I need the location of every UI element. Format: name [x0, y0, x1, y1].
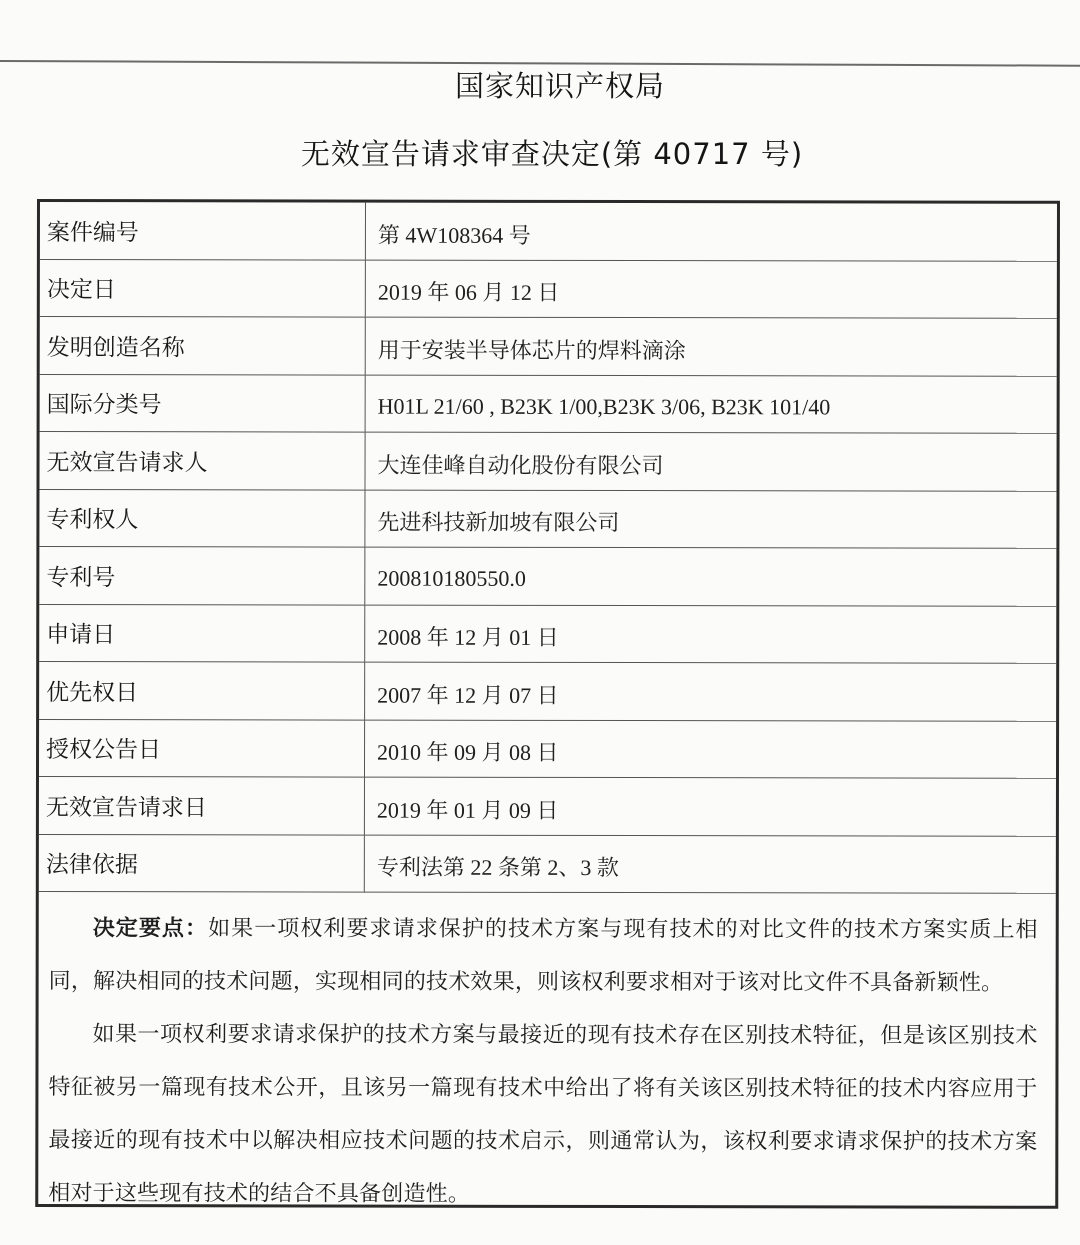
table-row-patent-number: 专利号 200810180550.0 — [39, 547, 1056, 606]
field-value: 大连佳峰自动化股份有限公司 — [365, 432, 1057, 491]
field-value: 2007 年 12 月 07 日 — [365, 662, 1057, 721]
field-value: 第 4W108364 号 — [365, 203, 1057, 261]
summary-paragraph-novelty: 决定要点：如果一项权利要求请求保护的技术方案与现有技术的对比文件的技术方案实质上… — [49, 902, 1038, 1010]
decision-form: 案件编号 第 4W108364 号 决定日 2019 年 06 月 12 日 发… — [35, 199, 1060, 1209]
table-row-legal-basis: 法律依据 专利法第 22 条第 2、3 款 — [39, 834, 1056, 893]
field-value: 专利法第 22 条第 2、3 款 — [364, 835, 1056, 894]
field-value: 200810180550.0 — [365, 547, 1057, 606]
field-value: 用于安装半导体芯片的焊料滴涂 — [365, 317, 1057, 376]
table-row-filing-date: 申请日 2008 年 12 月 01 日 — [39, 604, 1056, 663]
field-label: 法律依据 — [39, 834, 365, 892]
field-value: 先进科技新加坡有限公司 — [365, 490, 1057, 549]
summary-lead-label: 决定要点： — [93, 916, 208, 941]
table-row-request-date: 无效宣告请求日 2019 年 01 月 09 日 — [39, 777, 1056, 836]
table-row-ipc-class: 国际分类号 H01L 21/60 , B23K 1/00,B23K 3/06, … — [40, 374, 1057, 433]
field-value: 2008 年 12 月 01 日 — [365, 605, 1057, 664]
field-label: 发明创造名称 — [40, 317, 366, 375]
table-row-decision-date: 决定日 2019 年 06 月 12 日 — [40, 259, 1057, 318]
field-label: 案件编号 — [40, 202, 366, 260]
table-row-petitioner: 无效宣告请求人 大连佳峰自动化股份有限公司 — [39, 432, 1056, 491]
field-label: 专利号 — [39, 547, 365, 605]
table-row-case-number: 案件编号 第 4W108364 号 — [40, 202, 1057, 261]
field-label: 国际分类号 — [40, 374, 366, 432]
decision-summary: 决定要点：如果一项权利要求请求保护的技术方案与现有技术的对比文件的技术方案实质上… — [38, 892, 1056, 1222]
table-row-invention-title: 发明创造名称 用于安装半导体芯片的焊料滴涂 — [40, 317, 1057, 376]
field-label: 决定日 — [40, 259, 366, 317]
organization-name: 国家知识产权局 — [20, 64, 1080, 105]
field-label: 授权公告日 — [39, 719, 365, 777]
case-info-table: 案件编号 第 4W108364 号 决定日 2019 年 06 月 12 日 发… — [39, 202, 1057, 894]
table-row-patentee: 专利权人 先进科技新加坡有限公司 — [39, 489, 1056, 548]
table-row-priority-date: 优先权日 2007 年 12 月 07 日 — [39, 662, 1056, 721]
field-value: 2019 年 01 月 09 日 — [364, 777, 1056, 836]
summary-paragraph-inventiveness: 如果一项权利要求请求保护的技术方案与最接近的现有技术存在区别技术特征，但是该区别… — [48, 1008, 1037, 1222]
field-label: 申请日 — [39, 604, 365, 662]
field-value: H01L 21/60 , B23K 1/00,B23K 3/06, B23K 1… — [365, 375, 1057, 434]
field-label: 专利权人 — [39, 489, 365, 547]
document-title: 无效宣告请求审查决定(第 40717 号) — [12, 132, 1080, 173]
field-value: 2019 年 06 月 12 日 — [365, 260, 1057, 319]
table-row-grant-date: 授权公告日 2010 年 09 月 08 日 — [39, 719, 1056, 778]
field-label: 无效宣告请求日 — [39, 777, 365, 835]
field-value: 2010 年 09 月 08 日 — [364, 720, 1056, 779]
field-label: 无效宣告请求人 — [39, 432, 365, 490]
field-label: 优先权日 — [39, 662, 365, 720]
